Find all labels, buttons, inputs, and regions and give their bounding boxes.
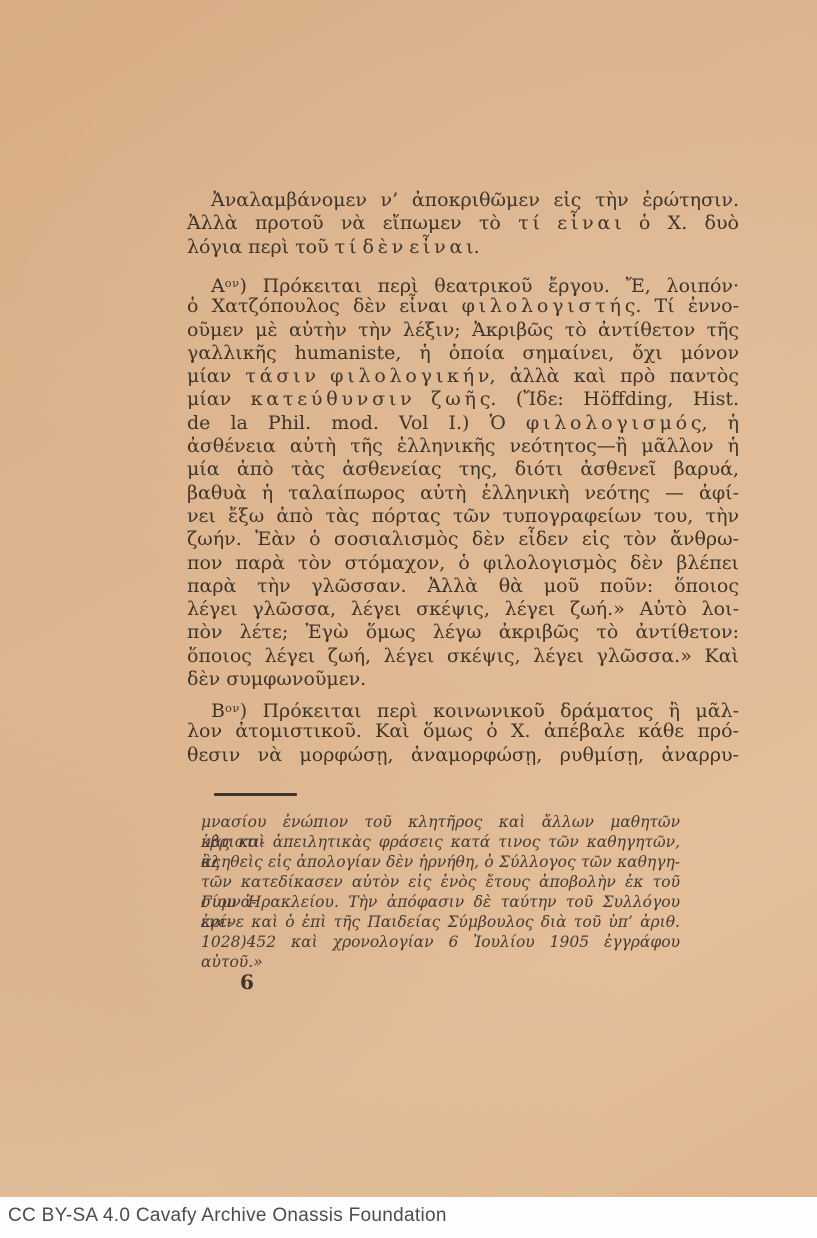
text-line: πὸν λέτε; Ἐγὼ ὅμως λέγω ἀκριβῶς τὸ ἀντίθ…	[187, 621, 739, 644]
text-line: γαλλικῆς humaniste, ἡ ὁποία σημαίνει, ὄχ…	[187, 342, 739, 365]
text-line: Ἀναλαμβάνομεν ν’ ἀποκριθῶμεν εἰς τὴν ἐρώ…	[187, 189, 739, 212]
text-line: οῦμεν μὲ αὐτὴν τὴν λέξιν; Ἀκριβῶς τὸ ἀντ…	[187, 319, 739, 342]
license-bar: CC BY-SA 4.0 Cavafy Archive Onassis Foun…	[0, 1197, 817, 1238]
text-line: μίαν κ α τ ε ύ θ υ ν σ ι ν ζ ω ῆ ς. (Ἴδε…	[187, 388, 739, 411]
footnote-line: κὰς καὶ ἀπειλητικὰς φράσεις κατά τινος τ…	[201, 832, 680, 852]
text-line: λέγει γλῶσσα, λέγει σκέψις, λέγει ζωή.» …	[187, 598, 739, 621]
section-b-lines: λον ἀτομιστικοῦ. Καὶ ὅμως ὁ Χ. ἀπέβαλε κ…	[187, 720, 739, 767]
section-a-first-line: Αον) Πρόκειται περὶ θεατρικοῦ ἔργου. Ἔ, …	[187, 272, 739, 295]
section-b-marker-superscript: ον	[225, 701, 240, 715]
text-line: de la Phil. mod. Vol I.) Ὁ φ ι λ ο λ ο γ…	[187, 412, 739, 435]
section-b-paragraph: Βον) Πρόκειται περὶ κοινωνικοῦ δράματος …	[187, 697, 739, 767]
text-line: μία ἀπὸ τὰς ἀσθενείας της, διότι ἀσθενεῖ…	[187, 458, 739, 481]
text-line: δὲν συμφωνοῦμεν.	[187, 668, 739, 691]
license-text: CC BY-SA 4.0 Cavafy Archive Onassis Foun…	[0, 1197, 817, 1227]
text-line: βαθυὰ ἡ ταλαίπωρος αὐτὴ ἑλληνικὴ νεότης …	[187, 482, 739, 505]
scanned-page: Ἀναλαμβάνομεν ν’ ἀποκριθῶμεν εἰς τὴν ἐρώ…	[0, 0, 817, 1238]
section-a-marker: Αον	[211, 275, 240, 297]
footnote: μνασίου ἐνώπιον τοῦ κλητῆρος καὶ ἄλλων μ…	[201, 812, 680, 952]
footnote-divider	[214, 793, 297, 796]
section-b-first-line: Βον) Πρόκειται περὶ κοινωνικοῦ δράματος …	[187, 697, 739, 720]
text-line: λον ἀτομιστικοῦ. Καὶ ὅμως ὁ Χ. ἀπέβαλε κ…	[187, 720, 739, 743]
section-a-marker-letter: Α	[211, 275, 225, 297]
section-b-marker-letter: Β	[211, 700, 225, 722]
text-line: λόγια περὶ τοῦ τ ί δ ὲ ν ε ἶ ν α ι.	[187, 236, 739, 259]
footnote-line: 1028)452 καὶ χρονολογίαν 6 Ἰουλίου 1905 …	[201, 932, 680, 952]
text-line: θεσιν νὰ μορφώσῃ, ἀναμορφώσῃ, ρυθμίσῃ, ἀ…	[187, 744, 739, 767]
opening-paragraph: Ἀναλαμβάνομεν ν’ ἀποκριθῶμεν εἰς τὴν ἐρώ…	[187, 189, 739, 259]
text-line: ὁ Χατζόπουλος δὲν εἶναι φ ι λ ο λ ο γ ι …	[187, 295, 739, 318]
page-number: 6	[240, 970, 254, 994]
section-a-paragraph: Αον) Πρόκειται περὶ θεατρικοῦ ἔργου. Ἔ, …	[187, 272, 739, 691]
text-line: Ἀλλὰ προτοῦ νὰ εἴπωμεν τὸ τ ί ε ἶ ν α ι …	[187, 212, 739, 235]
section-b-marker: Βον	[211, 700, 240, 722]
text-line: πον παρὰ τὸν στόμαχον, ὁ φιλολογισμὸς δὲ…	[187, 552, 739, 575]
text-line: ὅποιος λέγει ζωή, λέγει σκέψις, λέγει γλ…	[187, 645, 739, 668]
text-line: μίαν τ ά σ ι ν φ ι λ ο λ ο γ ι κ ή ν, ἀλ…	[187, 365, 739, 388]
text-line: ἀσθένεια αὐτὴ τῆς ἑλληνικῆς νεότητος—ἢ μ…	[187, 435, 739, 458]
footnote-line: σίου Ἡρακλείου. Τὴν ἀπόφασιν δὲ ταύτην τ…	[201, 892, 680, 912]
section-a-lines: ὁ Χατζόπουλος δὲν εἶναι φ ι λ ο λ ο γ ι …	[187, 295, 739, 691]
section-a-marker-superscript: ον	[225, 276, 240, 290]
footnote-line: μνασίου ἐνώπιον τοῦ κλητῆρος καὶ ἄλλων μ…	[201, 812, 680, 832]
footnote-line: κληθεὶς εἰς ἀπολογίαν δὲν ἠρνήθη, ὁ Σύλλ…	[201, 852, 680, 872]
footnote-line: τῶν κατεδίκασεν αὐτὸν εἰς ἑνὸς ἔτους ἀπο…	[201, 872, 680, 892]
section-b-first-line-text: ) Πρόκειται περὶ κοινωνικοῦ δράματος ἢ μ…	[240, 700, 739, 722]
text-line: παρὰ τὴν γλῶσσαν. Ἀλλὰ θὰ μοῦ ποῦν: ὅποι…	[187, 575, 739, 598]
text-line: νει ἔξω ἀπὸ τὰς πόρτας τῶν τυπογραφείων …	[187, 505, 739, 528]
section-a-first-line-text: ) Πρόκειται περὶ θεατρικοῦ ἔργου. Ἔ, λοι…	[240, 275, 739, 297]
text-line: ζωήν. Ἐὰν ὁ σοσιαλισμὸς δὲν εἶδεν εἰς τὸ…	[187, 528, 739, 551]
footnote-line: κρινε καὶ ὁ ἐπὶ τῆς Παιδείας Σύμβουλος δ…	[201, 912, 680, 932]
